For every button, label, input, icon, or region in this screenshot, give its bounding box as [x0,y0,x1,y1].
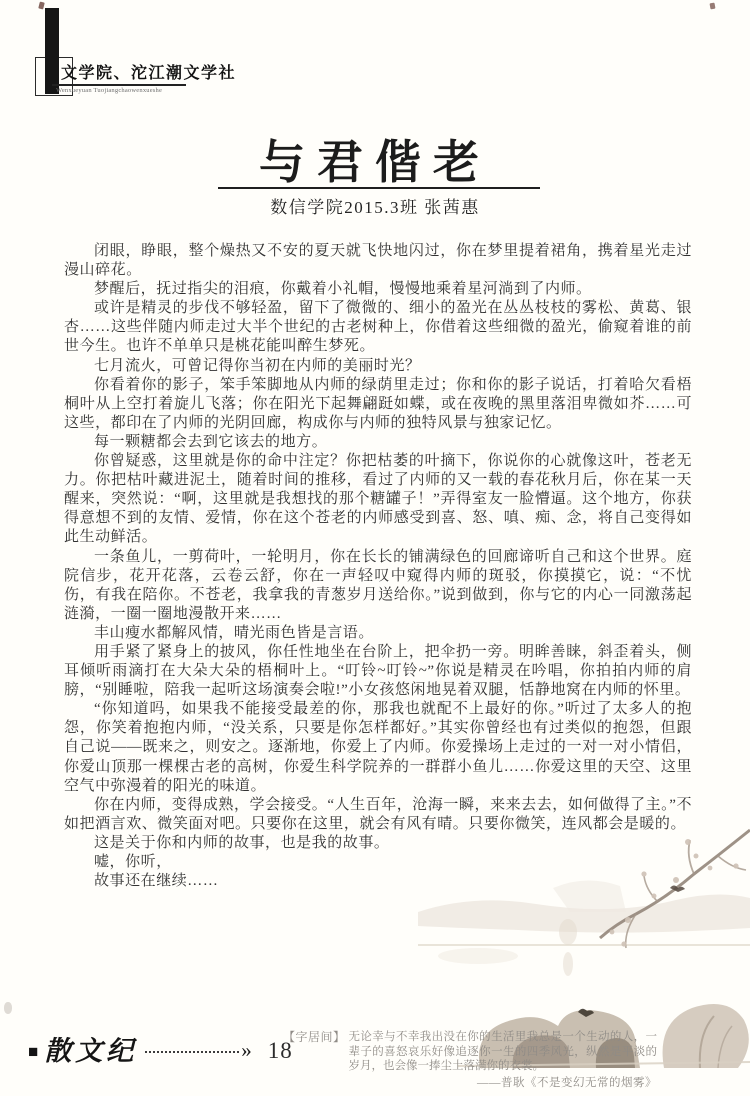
article-paragraph: 故事还在继续…… [64,872,692,891]
footer-arrow-icon: » [241,1040,252,1061]
article-paragraph: 七月流火，可曾记得你当初在内师的美丽时光？ [64,357,692,376]
article-paragraph: 嘘，你听， [64,853,692,872]
article-paragraph: 你曾疑惑，这里就是你的命中注定？你把枯萎的叶摘下，你说你的心就像这叶，苍老无力。… [64,452,692,547]
scan-smudge [4,1002,12,1014]
footer-square-icon: ■ [28,1043,38,1060]
article-paragraph: 用手紧了紧身上的披风，你任性地坐在台阶上，把伞扔一旁。明眸善睐，斜歪着头，侧耳倾… [64,643,692,700]
footer-dotted-leader [145,1051,239,1053]
print-mark-top-left [38,1,45,9]
society-name: 文学院、沱江潮文学社 [61,60,236,83]
magazine-page: 文学院、沱江潮文学社 Wenxueyuan Tuojiangchaowenxue… [0,0,750,1096]
reflection [563,952,573,976]
mist [438,948,518,964]
article-byline: 数信学院2015.3班 张茜惠 [0,193,750,218]
article-paragraph: 梦醒后，抚过指尖的泪痕，你戴着小礼帽，慢慢地乘着星河淌到了内师。 [64,280,692,299]
footer-section-name: 散文纪 [44,1038,137,1065]
article-paragraph: 闭眼，睁眼，整个燥热又不安的夏天就飞快地闪过，你在梦里提着裙角，携着星光走过漫山… [64,242,692,280]
article-paragraph: 这是关于你和内师的故事，也是我的故事。 [64,834,692,853]
footer-quote-attribution: ——普耿《不是变幻无常的烟雾》 [349,1076,657,1091]
article-paragraph: 你在内师，变得成熟，学会接受。“人生百年，沧海一瞬，来来去去，如何做得了主。”不… [64,796,692,834]
print-mark-top-right [710,3,716,10]
footer-quote-text: 无论幸与不幸我出没在你的生活里我总是一个生动的人，一辈子的喜怒哀乐好像追逐你一生… [349,1030,657,1074]
plum-twig [718,856,746,870]
article-paragraph: 丰山瘦水都解风情，晴光雨色皆是言语。 [64,624,692,643]
article-paragraph: 或许是精灵的步伐不够轻盈，留下了微微的、细小的盈光在丛丛枝枝的雾松、黄葛、银杏…… [64,299,692,356]
footer-quote-block: 【字居间】 无论幸与不幸我出没在你的生活里我总是一个生动的人，一辈子的喜怒哀乐好… [283,1030,657,1090]
header-black-bar [45,8,59,94]
article-paragraph: 一条鱼儿，一剪荷叶，一轮明月，你在长长的铺满绿色的回廊谛听自己和这个世界。庭院信… [64,548,692,624]
reflection [559,919,577,945]
article-paragraph: “你知道吗，如果我不能接受最差的你，那我也就配不上最好的你。”听过了太多人的抱怨… [64,700,692,795]
waterline [418,944,750,946]
footer-section-bar: ■ 散文纪 » 18 [28,1034,293,1068]
footer-quote-body: 无论幸与不幸我出没在你的生活里我总是一个生动的人，一辈子的喜怒哀乐好像追逐你一生… [349,1030,657,1090]
footer-quote-label: 【字居间】 [283,1030,346,1045]
article-body: 闭眼，睁眼，整个燥热又不安的夏天就飞快地闪过，你在梦里提着裙角，携着星光走过漫山… [64,242,692,891]
article-paragraph: 你看着你的影子，笨手笨脚地从内师的绿荫里走过；你和你的影子说话，打着哈欠看梧桐叶… [64,376,692,433]
society-pinyin: Wenxueyuan Tuojiangchaowenxueshe [56,87,162,94]
article-paragraph: 每一颗糖都会去到它该去的地方。 [64,433,692,452]
article-title: 与君偕老 [0,126,750,192]
rock-fan [663,1004,749,1068]
title-rule [218,187,540,189]
society-underline [52,84,186,86]
